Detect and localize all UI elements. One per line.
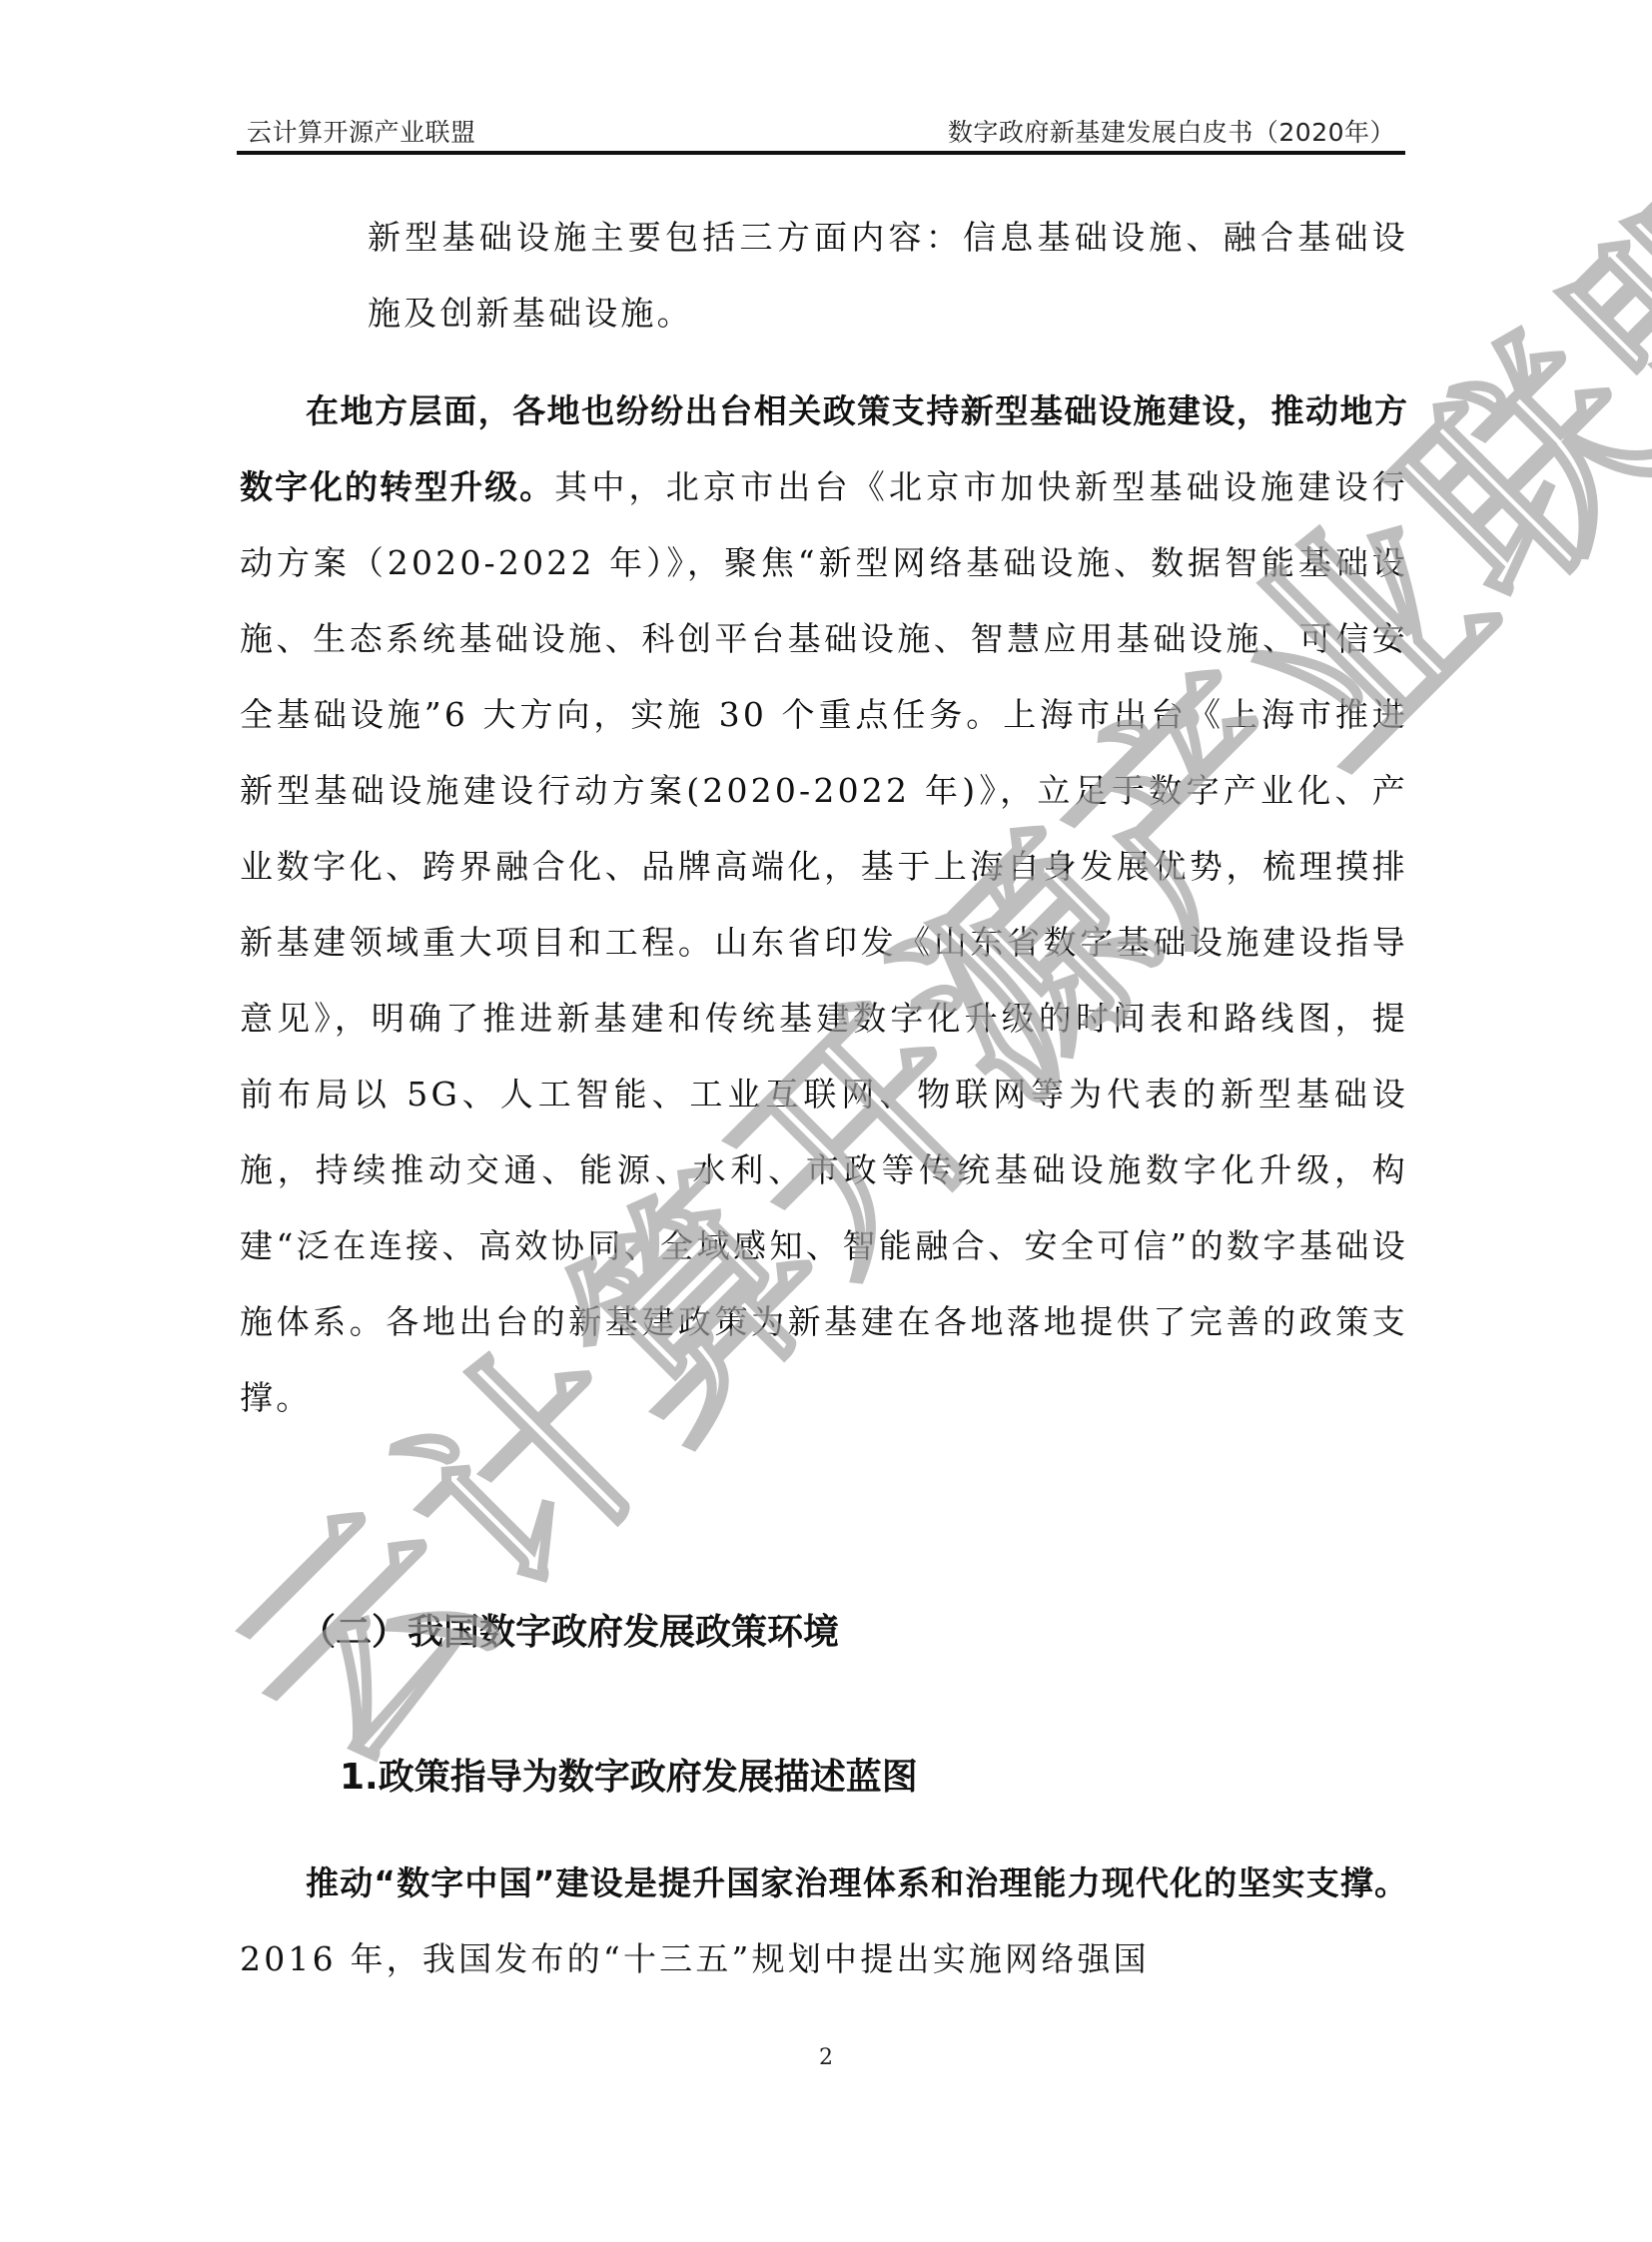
subsection-number: 1. [340, 1757, 379, 1798]
paragraph-local-policies: 在地方层面，各地也纷纷出台相关政策支持新型基础设施建设，推动地方数字化的转型升级… [240, 374, 1408, 1436]
subsection-title: 政策指导为数字政府发展描述蓝图 [379, 1757, 918, 1798]
subsection-heading: 1.政策指导为数字政府发展描述蓝图 [340, 1753, 918, 1803]
paragraph-digital-china: 推动“数字中国”建设是提升国家治理体系和治理能力现代化的坚实支撑。2016 年，… [240, 1846, 1408, 1997]
paragraph-body-text: 2016 年，我国发布的“十三五”规划中提出实施网络强国 [240, 1939, 1150, 1978]
header-organization: 云计算开源产业联盟 [247, 118, 476, 148]
header-document-title: 数字政府新基建发展白皮书（2020年） [948, 118, 1395, 148]
header-rule [237, 151, 1405, 155]
section-heading: （二）我国数字政府发展政策环境 [300, 1608, 839, 1658]
page-number: 2 [0, 2045, 1652, 2070]
paragraph-body-text: 其中，北京市出台《北京市加快新型基础设施建设行动方案（2020-2022 年）》… [240, 467, 1408, 1417]
paragraph-lead-bold: 推动“数字中国”建设是提升国家治理体系和治理能力现代化的坚实支撑。 [306, 1864, 1408, 1902]
paragraph-infrastructure-types: 新型基础设施主要包括三方面内容：信息基础设施、融合基础设施及创新基础设施。 [240, 200, 1408, 352]
page-header: 云计算开源产业联盟 数字政府新基建发展白皮书（2020年） [237, 112, 1405, 156]
